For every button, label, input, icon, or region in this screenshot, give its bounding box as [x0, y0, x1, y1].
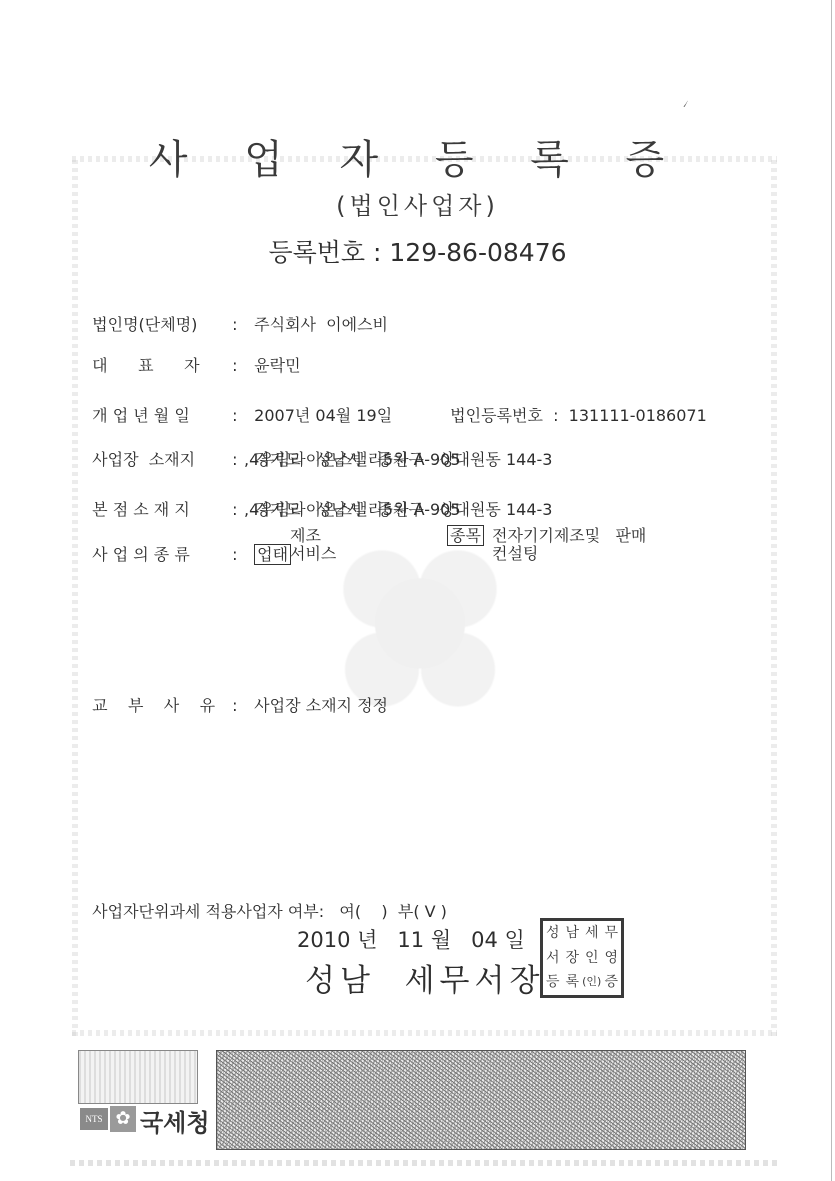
field-label: 법인명(단체명)	[92, 312, 232, 335]
field-label: 사업장 소재지	[92, 447, 232, 470]
field-value: 131111-0186071	[569, 406, 707, 425]
seal-char: (인)	[582, 970, 602, 995]
scan-speck: ৴	[683, 97, 688, 114]
agency-name: 국세청	[140, 1103, 210, 1138]
registration-number: 등록번호 : 129-86-08476	[0, 233, 835, 269]
field-label: 대 표 자	[92, 353, 232, 376]
colon: :	[232, 315, 254, 334]
seal-char: 무	[602, 921, 622, 946]
seal-char: 세	[582, 921, 602, 946]
issue-date: 2010 년 11 월 04 일	[297, 924, 525, 954]
seal-char: 영	[602, 946, 622, 971]
seal-char: 록	[563, 970, 583, 995]
unit-taxation-yes: 여( )	[339, 902, 387, 921]
category-value: 서비스	[290, 541, 336, 564]
field-business-type: 사 업 의 종 류:업태	[82, 523, 291, 565]
official-seal: 성 남 세 무 서 장 인 영 등 록 (인) 증	[540, 918, 624, 998]
seal-char: 증	[602, 970, 622, 995]
field-corporate-reg-number: 법인등록번호 : 131111-0186071	[440, 384, 707, 426]
issuing-office: 성남 세무서장	[305, 955, 544, 1000]
seal-char: 성	[543, 921, 563, 946]
decorative-border-bottom	[70, 1160, 780, 1166]
seal-char: 등	[543, 970, 563, 995]
field-value: 2007년 04월 19일	[254, 406, 392, 425]
colon: :	[232, 545, 254, 564]
security-code-pattern	[216, 1050, 746, 1150]
nts-logo-badge: NTS	[80, 1108, 108, 1130]
field-corporation-name: 법인명(단체명):주식회사 이에스비	[82, 293, 388, 335]
seal-char: 인	[582, 946, 602, 971]
item-value: 컨설팅	[492, 541, 538, 564]
field-representative: 대 표 자:윤락민	[82, 334, 301, 376]
item-label: 종목	[447, 525, 484, 546]
nts-emblem-icon: ✿	[110, 1106, 136, 1132]
field-label: 본 점 소 재 지	[92, 497, 232, 520]
item-label-box: 종목	[447, 523, 484, 546]
field-value-line2: ,4우림라이온스밸리5차 A-905	[244, 497, 461, 520]
colon: :	[232, 406, 254, 425]
seal-char: 장	[563, 946, 583, 971]
field-value-line2: ,4우림라이온스밸리5차 A-905	[244, 447, 461, 470]
document-subtitle: (법인사업자)	[0, 186, 835, 221]
seal-char: 서	[543, 946, 563, 971]
category-label-box: 업태	[254, 544, 291, 565]
field-label: 개 업 년 월 일	[92, 403, 232, 426]
unit-taxation-no: 부( V )	[398, 902, 447, 921]
field-issue-reason: 교 부 사 유:사업장 소재지 정정	[82, 674, 388, 716]
unit-taxation-line: 사업자단위과세 적용사업자 여부: 여( ) 부( V )	[82, 880, 447, 922]
field-value: 주식회사 이에스비	[254, 315, 388, 334]
field-value: 윤락민	[254, 356, 300, 375]
field-value: 사업장 소재지 정정	[254, 696, 388, 715]
field-label: 법인등록번호	[450, 406, 543, 425]
field-label: 교 부 사 유	[92, 693, 232, 716]
barcode-image	[78, 1050, 198, 1104]
seal-char: 남	[563, 921, 583, 946]
colon: :	[232, 696, 254, 715]
field-label: 사 업 의 종 류	[92, 542, 232, 565]
unit-taxation-label: 사업자단위과세 적용사업자 여부:	[92, 902, 324, 921]
field-opening-date: 개 업 년 월 일:2007년 04월 19일	[82, 384, 392, 426]
colon: :	[232, 356, 254, 375]
document-title: 사 업 자 등 록 증	[0, 128, 835, 185]
colon: :	[543, 406, 569, 425]
